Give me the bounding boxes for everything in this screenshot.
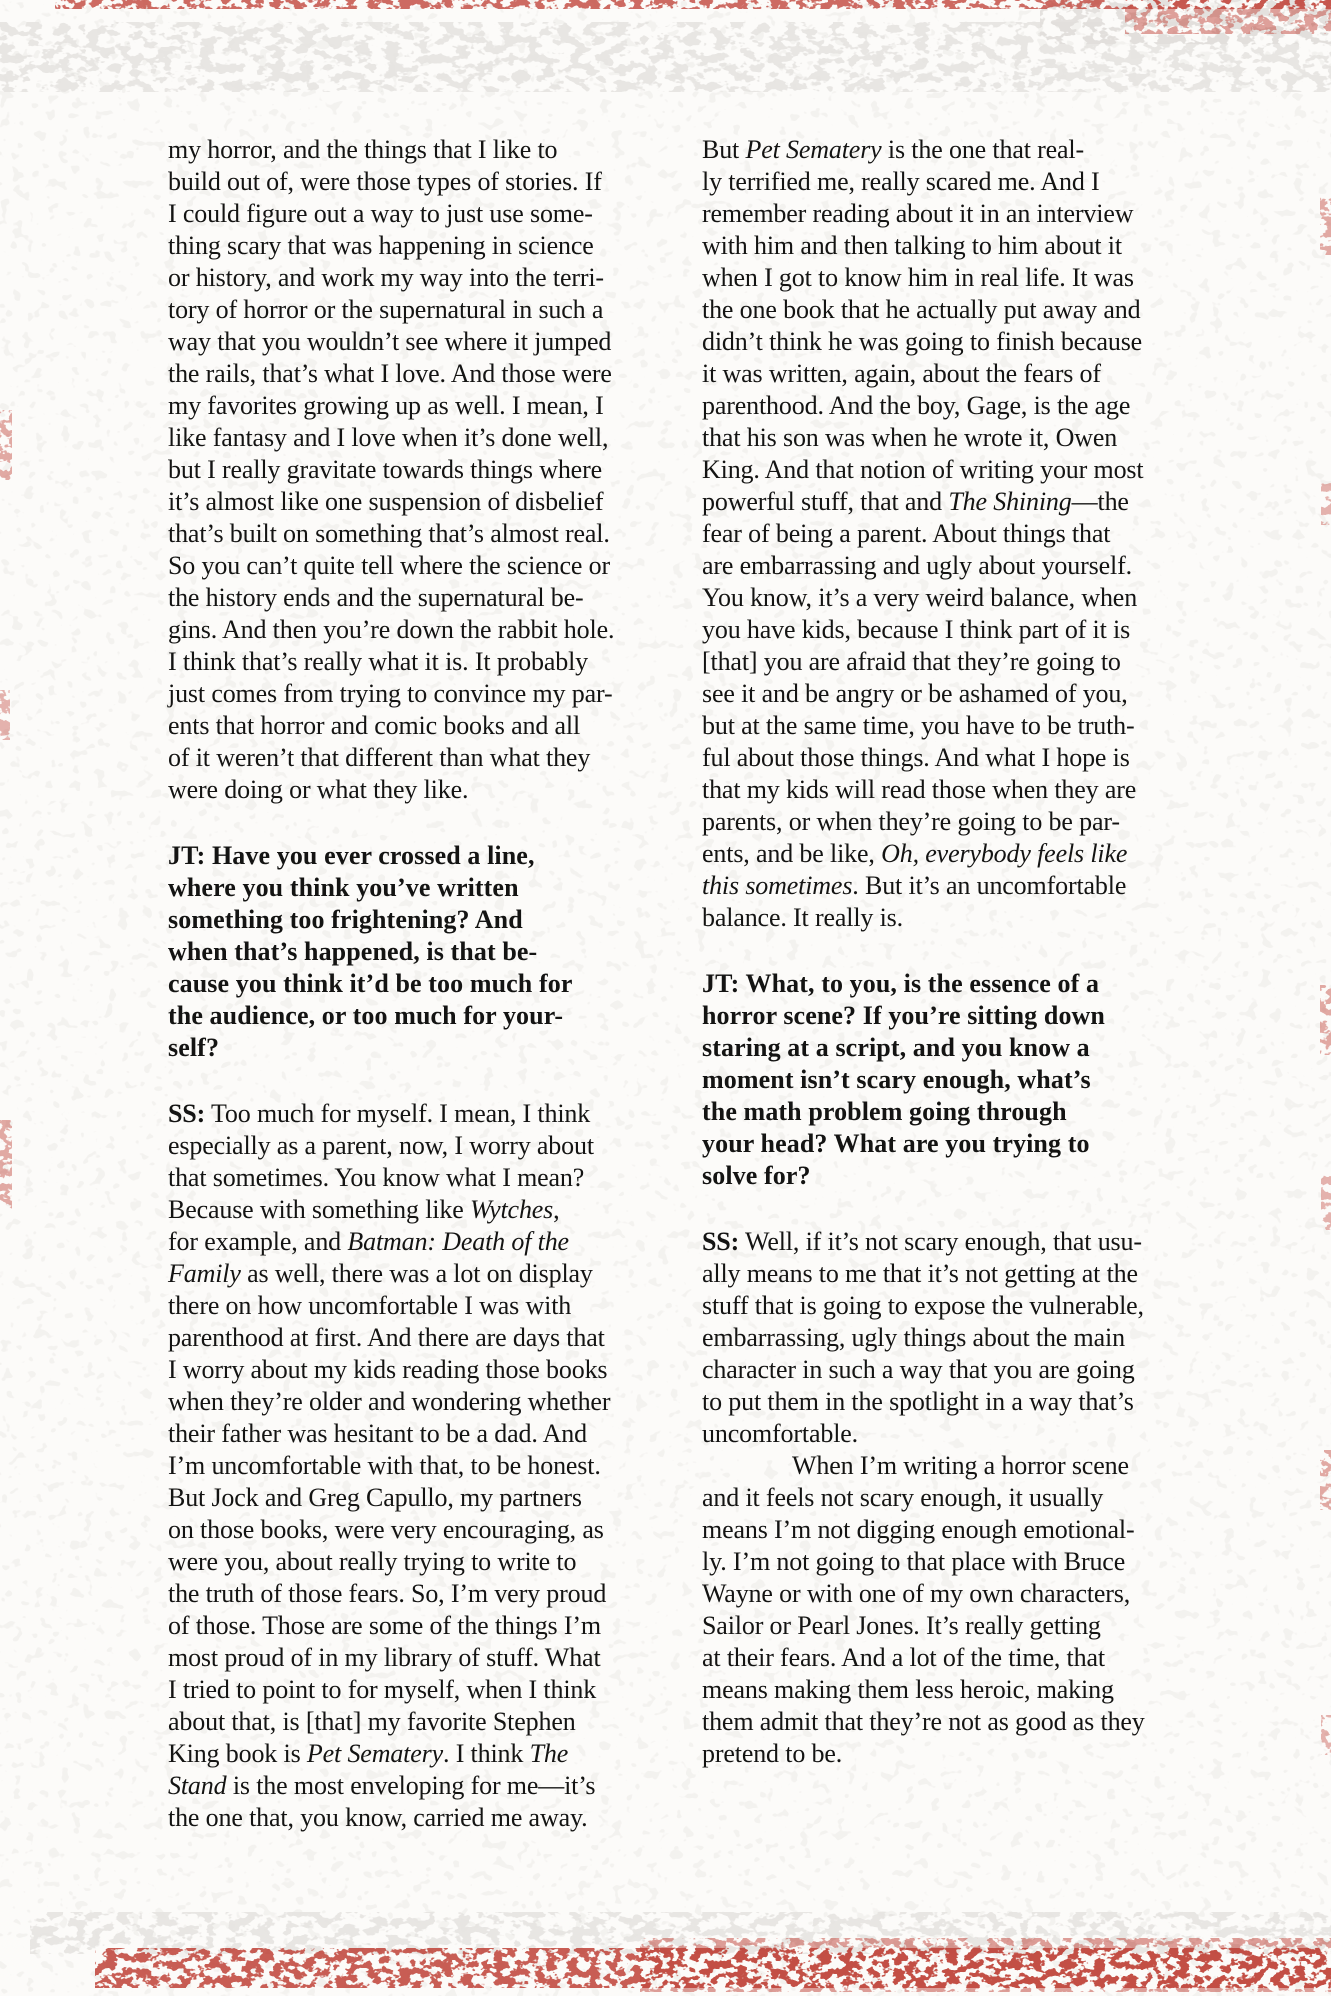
text-segment: parenthood. And the boy, Gage, is the ag… (702, 391, 1130, 420)
text-line: SS: Too much for myself. I mean, I think (168, 1098, 648, 1130)
text-segment: I tried to point to for myself, when I t… (168, 1675, 596, 1704)
text-segment: Wytches (470, 1195, 553, 1224)
text-line: King. And that notion of writing your mo… (702, 454, 1182, 486)
text-line: that sometimes. You know what I mean? (168, 1162, 648, 1194)
text-segment: of those. Those are some of the things I… (168, 1611, 601, 1640)
text-line: cause you think it’d be too much for (168, 968, 648, 1000)
speech-paragraph-block: When I’m writing a horror sceneand it fe… (702, 1450, 1182, 1770)
text-line: when I got to know him in real life. It … (702, 262, 1182, 294)
text-segment: ly. I’m not going to that place with Bru… (702, 1547, 1125, 1576)
text-segment: and it feels not scary enough, it usuall… (702, 1483, 1103, 1512)
text-segment: the one that, you know, carried me away. (168, 1803, 587, 1832)
text-line: the audience, or too much for your- (168, 1000, 648, 1032)
text-line: [that] you are afraid that they’re going… (702, 646, 1182, 678)
text-segment: Wayne or with one of my own characters, (702, 1579, 1130, 1608)
text-segment: or history, and work my way into the ter… (168, 263, 604, 292)
text-line: are embarrassing and ugly about yourself… (702, 550, 1182, 582)
text-segment: remember reading about it in an intervie… (702, 199, 1133, 228)
text-segment: parenthood at first. And there are days … (168, 1323, 605, 1352)
text-segment: that my kids will read those when they a… (702, 775, 1136, 804)
text-segment: pretend to be. (702, 1739, 842, 1768)
text-segment: as well, there was a lot on display (241, 1259, 593, 1288)
text-segment: to put them in the spotlight in a way th… (702, 1387, 1134, 1416)
text-line: But Pet Sematery is the one that real- (702, 134, 1182, 166)
text-line: build out of, were those types of storie… (168, 166, 648, 198)
text-line: with him and then talking to him about i… (702, 230, 1182, 262)
text-segment: parents, or when they’re going to be par… (702, 807, 1120, 836)
text-segment: embarrassing, ugly things about the main (702, 1323, 1125, 1352)
text-segment: Pet Sematery (745, 135, 881, 164)
text-segment: uncomfortable. (702, 1419, 858, 1448)
text-line: So you can’t quite tell where the scienc… (168, 550, 648, 582)
text-line: horror scene? If you’re sitting down (702, 1000, 1182, 1032)
text-line: didn’t think he was going to finish beca… (702, 326, 1182, 358)
text-line: it’s almost like one suspension of disbe… (168, 486, 648, 518)
text-segment: that his son was when he wrote it, Owen (702, 423, 1117, 452)
text-segment: But Jock and Greg Capullo, my partners (168, 1483, 582, 1512)
text-line: powerful stuff, that and The Shining—the (702, 486, 1182, 518)
text-line: Wayne or with one of my own characters, (702, 1578, 1182, 1610)
text-line: tory of horror or the supernatural in su… (168, 294, 648, 326)
text-segment: But (702, 135, 745, 164)
text-segment: your head? What are you trying to (702, 1129, 1090, 1158)
text-line: this sometimes. But it’s an uncomfortabl… (702, 870, 1182, 902)
text-line: the one book that he actually put away a… (702, 294, 1182, 326)
text-line: you have kids, because I think part of i… (702, 614, 1182, 646)
text-segment: Family (168, 1259, 241, 1288)
text-line: I’m uncomfortable with that, to be hones… (168, 1450, 648, 1482)
text-segment: JT: What, to you, is the essence of a (702, 969, 1099, 998)
text-line: about that, is [that] my favorite Stephe… (168, 1706, 648, 1738)
text-line: pretend to be. (702, 1738, 1182, 1770)
text-line: ents that horror and comic books and all (168, 710, 648, 742)
text-line: for example, and Batman: Death of the (168, 1226, 648, 1258)
text-segment: for example, and (168, 1227, 347, 1256)
text-line: my horror, and the things that I like to (168, 134, 648, 166)
text-line: remember reading about it in an intervie… (702, 198, 1182, 230)
interviewer-question-block: JT: What, to you, is the essence of ahor… (702, 968, 1182, 1192)
text-segment: So you can’t quite tell where the scienc… (168, 551, 610, 580)
text-segment: Well, if it’s not scary enough, that usu… (739, 1227, 1142, 1256)
text-segment: ents, and be like, (702, 839, 881, 868)
text-segment: but at the same time, you have to be tru… (702, 711, 1135, 740)
text-segment: the rails, that’s what I love. And those… (168, 359, 612, 388)
text-segment: when I got to know him in real life. It … (702, 263, 1134, 292)
text-segment: like fantasy and I love when it’s done w… (168, 423, 608, 452)
text-segment: Oh, everybody feels like (881, 839, 1127, 868)
text-segment: powerful stuff, that and (702, 487, 948, 516)
text-line: of it weren’t that different than what t… (168, 742, 648, 774)
text-segment: were doing or what they like. (168, 775, 468, 804)
speech-paragraph-block: SS: Well, if it’s not scary enough, that… (702, 1226, 1182, 1450)
text-segment: at their fears. And a lot of the time, t… (702, 1643, 1105, 1672)
text-line: ly. I’m not going to that place with Bru… (702, 1546, 1182, 1578)
text-line: JT: Have you ever crossed a line, (168, 840, 648, 872)
text-segment: that sometimes. You know what I mean? (168, 1163, 584, 1192)
text-segment: the one book that he actually put away a… (702, 295, 1140, 324)
text-line: ly terrified me, really scared me. And I (702, 166, 1182, 198)
text-line: at their fears. And a lot of the time, t… (702, 1642, 1182, 1674)
text-segment: self? (168, 1033, 219, 1062)
text-segment: that’s built on something that’s almost … (168, 519, 610, 548)
text-segment: the math problem going through (702, 1097, 1067, 1126)
text-segment: with him and then talking to him about i… (702, 231, 1122, 260)
text-segment: means making them less heroic, making (702, 1675, 1114, 1704)
text-line: I tried to point to for myself, when I t… (168, 1674, 648, 1706)
text-line: means making them less heroic, making (702, 1674, 1182, 1706)
text-segment: [that] you are afraid that they’re going… (702, 647, 1121, 676)
text-line: that’s built on something that’s almost … (168, 518, 648, 550)
text-segment: see it and be angry or be ashamed of you… (702, 679, 1128, 708)
text-segment: fear of being a parent. About things tha… (702, 519, 1110, 548)
text-line: But Jock and Greg Capullo, my partners (168, 1482, 648, 1514)
text-line: thing scary that was happening in scienc… (168, 230, 648, 262)
text-line: Family as well, there was a lot on displ… (168, 1258, 648, 1290)
text-segment: is the most enveloping for me—it’s (226, 1771, 595, 1800)
text-segment: character in such a way that you are goi… (702, 1355, 1135, 1384)
text-segment: King. And that notion of writing your mo… (702, 455, 1143, 484)
text-line: my favorites growing up as well. I mean,… (168, 390, 648, 422)
text-line: like fantasy and I love when it’s done w… (168, 422, 648, 454)
text-line: of those. Those are some of the things I… (168, 1610, 648, 1642)
text-segment: . I think (443, 1739, 530, 1768)
text-line: were doing or what they like. (168, 774, 648, 806)
speaker-label: SS: (168, 1099, 205, 1128)
text-column-left: my horror, and the things that I like to… (168, 134, 648, 1834)
text-segment: this sometimes (702, 871, 852, 900)
text-segment: when that’s happened, is that be- (168, 937, 537, 966)
text-line: way that you wouldn’t see where it jumpe… (168, 326, 648, 358)
text-segment: JT: Have you ever crossed a line, (168, 841, 535, 870)
text-line: on those books, were very encouraging, a… (168, 1514, 648, 1546)
text-line: the history ends and the supernatural be… (168, 582, 648, 614)
text-line: Sailor or Pearl Jones. It’s really getti… (702, 1610, 1182, 1642)
text-line: or history, and work my way into the ter… (168, 262, 648, 294)
text-segment: The (530, 1739, 569, 1768)
text-line: solve for? (702, 1160, 1182, 1192)
text-segment: ents that horror and comic books and all (168, 711, 580, 740)
text-line: parents, or when they’re going to be par… (702, 806, 1182, 838)
text-segment: Pet Sematery (307, 1739, 443, 1768)
text-line: when they’re older and wondering whether (168, 1386, 648, 1418)
text-segment: especially as a parent, now, I worry abo… (168, 1131, 594, 1160)
text-segment: there on how uncomfortable I was with (168, 1291, 571, 1320)
text-line: them admit that they’re not as good as t… (702, 1706, 1182, 1738)
text-segment: The Shining (948, 487, 1071, 516)
text-segment: on those books, were very encouraging, a… (168, 1515, 604, 1544)
text-segment: staring at a script, and you know a (702, 1033, 1090, 1062)
text-segment: my favorites growing up as well. I mean,… (168, 391, 604, 420)
text-segment: of it weren’t that different than what t… (168, 743, 590, 772)
text-line: fear of being a parent. About things tha… (702, 518, 1182, 550)
text-line: embarrassing, ugly things about the main (702, 1322, 1182, 1354)
text-segment: their father was hesitant to be a dad. A… (168, 1419, 587, 1448)
text-line: the rails, that’s what I love. And those… (168, 358, 648, 390)
text-segment: it’s almost like one suspension of disbe… (168, 487, 603, 516)
text-segment: Batman: Death of the (347, 1227, 569, 1256)
text-segment: the audience, or too much for your- (168, 1001, 563, 1030)
text-segment: You know, it’s a very weird balance, whe… (702, 583, 1137, 612)
text-line: moment isn’t scary enough, what’s (702, 1064, 1182, 1096)
text-segment: I worry about my kids reading those book… (168, 1355, 607, 1384)
text-line: Because with something like Wytches, (168, 1194, 648, 1226)
text-line: when that’s happened, is that be- (168, 936, 648, 968)
text-segment: way that you wouldn’t see where it jumpe… (168, 327, 611, 356)
text-segment: didn’t think he was going to finish beca… (702, 327, 1142, 356)
text-line: King book is Pet Sematery. I think The (168, 1738, 648, 1770)
text-segment: When I’m writing a horror scene (792, 1451, 1129, 1480)
text-segment: moment isn’t scary enough, what’s (702, 1065, 1091, 1094)
text-segment: Too much for myself. I mean, I think (205, 1099, 590, 1128)
text-segment: gins. And then you’re down the rabbit ho… (168, 615, 614, 644)
text-line: especially as a parent, now, I worry abo… (168, 1130, 648, 1162)
speech-paragraph-block: But Pet Sematery is the one that real-ly… (702, 134, 1182, 934)
text-line: to put them in the spotlight in a way th… (702, 1386, 1182, 1418)
text-segment: just comes from trying to convince my pa… (168, 679, 612, 708)
text-line: ful about those things. And what I hope … (702, 742, 1182, 774)
text-line: parenthood. And the boy, Gage, is the ag… (702, 390, 1182, 422)
text-segment: were you, about really trying to write t… (168, 1547, 576, 1576)
text-segment: Because with something like (168, 1195, 470, 1224)
text-segment: cause you think it’d be too much for (168, 969, 572, 998)
text-line: that his son was when he wrote it, Owen (702, 422, 1182, 454)
text-segment: build out of, were those types of storie… (168, 167, 602, 196)
text-segment: tory of horror or the supernatural in su… (168, 295, 603, 324)
text-line: SS: Well, if it’s not scary enough, that… (702, 1226, 1182, 1258)
text-segment: . But it’s an uncomfortable (852, 871, 1126, 900)
text-line: there on how uncomfortable I was with (168, 1290, 648, 1322)
text-line: uncomfortable. (702, 1418, 1182, 1450)
speech-paragraph-block: SS: Too much for myself. I mean, I think… (168, 1098, 648, 1834)
text-segment: thing scary that was happening in scienc… (168, 231, 594, 260)
text-segment: where you think you’ve written (168, 873, 519, 902)
text-segment: ful about those things. And what I hope … (702, 743, 1130, 772)
text-line: stuff that is going to expose the vulner… (702, 1290, 1182, 1322)
text-line: it was written, again, about the fears o… (702, 358, 1182, 390)
text-segment: ly terrified me, really scared me. And I (702, 167, 1100, 196)
text-line: something too frightening? And (168, 904, 648, 936)
text-line: self? (168, 1032, 648, 1064)
text-segment: I think that’s really what it is. It pro… (168, 647, 588, 676)
text-column-right: But Pet Sematery is the one that real-ly… (702, 134, 1182, 1770)
text-line: were you, about really trying to write t… (168, 1546, 648, 1578)
text-line: JT: What, to you, is the essence of a (702, 968, 1182, 1000)
text-segment: most proud of in my library of stuff. Wh… (168, 1643, 601, 1672)
text-line: staring at a script, and you know a (702, 1032, 1182, 1064)
text-segment: I could figure out a way to just use som… (168, 199, 593, 228)
text-line: ents, and be like, Oh, everybody feels l… (702, 838, 1182, 870)
text-segment: King book is (168, 1739, 307, 1768)
text-segment: something too frightening? And (168, 905, 523, 934)
text-segment: when they’re older and wondering whether (168, 1387, 610, 1416)
text-segment: it was written, again, about the fears o… (702, 359, 1101, 388)
text-line: means I’m not digging enough emotional- (702, 1514, 1182, 1546)
text-segment: are embarrassing and ugly about yourself… (702, 551, 1132, 580)
text-line: and it feels not scary enough, it usuall… (702, 1482, 1182, 1514)
text-line: most proud of in my library of stuff. Wh… (168, 1642, 648, 1674)
interviewer-question-block: JT: Have you ever crossed a line,where y… (168, 840, 648, 1064)
text-line: character in such a way that you are goi… (702, 1354, 1182, 1386)
text-segment: the history ends and the supernatural be… (168, 583, 584, 612)
text-line: their father was hesitant to be a dad. A… (168, 1418, 648, 1450)
text-line: I think that’s really what it is. It pro… (168, 646, 648, 678)
text-segment: but I really gravitate towards things wh… (168, 455, 602, 484)
text-segment: solve for? (702, 1161, 811, 1190)
text-line: that my kids will read those when they a… (702, 774, 1182, 806)
text-segment: balance. It really is. (702, 903, 903, 932)
text-segment: Sailor or Pearl Jones. It’s really getti… (702, 1611, 1101, 1640)
text-line: just comes from trying to convince my pa… (168, 678, 648, 710)
text-segment: I’m uncomfortable with that, to be hones… (168, 1451, 601, 1480)
text-line: Stand is the most enveloping for me—it’s (168, 1770, 648, 1802)
text-segment: horror scene? If you’re sitting down (702, 1001, 1105, 1030)
text-segment: , (553, 1195, 559, 1224)
text-segment: is the one that real- (882, 135, 1084, 164)
text-segment: —the (1072, 487, 1129, 516)
text-line: the math problem going through (702, 1096, 1182, 1128)
text-segment: stuff that is going to expose the vulner… (702, 1291, 1144, 1320)
text-segment: them admit that they’re not as good as t… (702, 1707, 1145, 1736)
text-line: I worry about my kids reading those book… (168, 1354, 648, 1386)
text-line: see it and be angry or be ashamed of you… (702, 678, 1182, 710)
text-line: When I’m writing a horror scene (702, 1450, 1182, 1482)
text-line: I could figure out a way to just use som… (168, 198, 648, 230)
text-segment: means I’m not digging enough emotional- (702, 1515, 1134, 1544)
text-segment: the truth of those fears. So, I’m very p… (168, 1579, 606, 1608)
speaker-label: SS: (702, 1227, 739, 1256)
text-line: ally means to me that it’s not getting a… (702, 1258, 1182, 1290)
text-segment: my horror, and the things that I like to (168, 135, 557, 164)
text-line: but I really gravitate towards things wh… (168, 454, 648, 486)
text-line: gins. And then you’re down the rabbit ho… (168, 614, 648, 646)
text-line: but at the same time, you have to be tru… (702, 710, 1182, 742)
text-line: You know, it’s a very weird balance, whe… (702, 582, 1182, 614)
text-line: the truth of those fears. So, I’m very p… (168, 1578, 648, 1610)
text-line: parenthood at first. And there are days … (168, 1322, 648, 1354)
speech-paragraph-block: my horror, and the things that I like to… (168, 134, 648, 806)
magazine-page: my horror, and the things that I like to… (0, 0, 1331, 1996)
text-line: where you think you’ve written (168, 872, 648, 904)
text-segment: about that, is [that] my favorite Stephe… (168, 1707, 576, 1736)
text-line: your head? What are you trying to (702, 1128, 1182, 1160)
text-segment: you have kids, because I think part of i… (702, 615, 1130, 644)
text-segment: Stand (168, 1771, 226, 1800)
text-line: the one that, you know, carried me away. (168, 1802, 648, 1834)
text-segment: ally means to me that it’s not getting a… (702, 1259, 1138, 1288)
text-line: balance. It really is. (702, 902, 1182, 934)
